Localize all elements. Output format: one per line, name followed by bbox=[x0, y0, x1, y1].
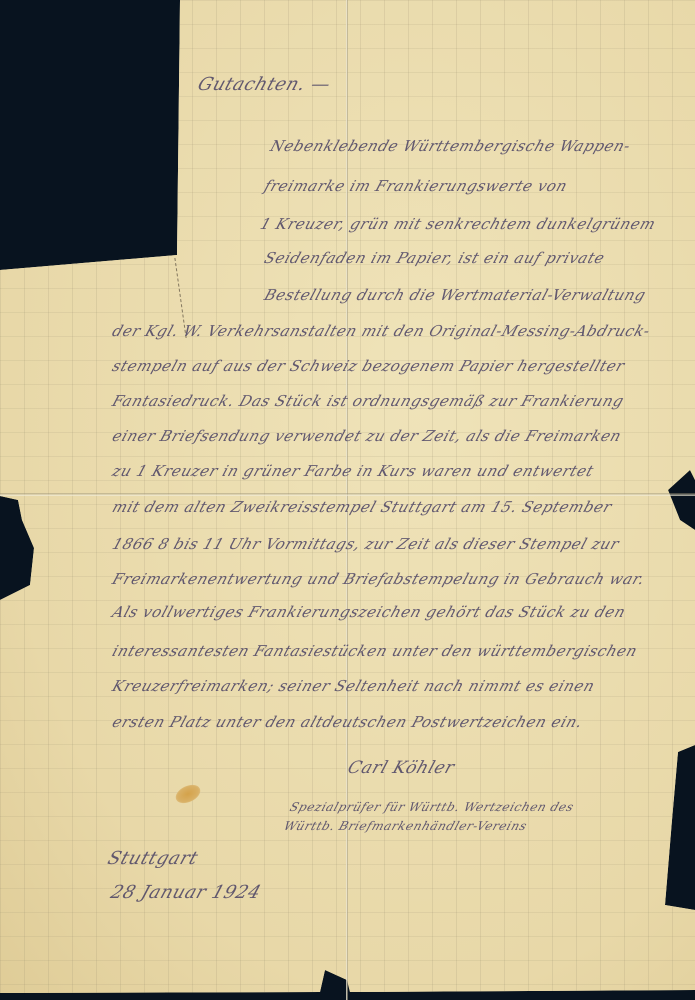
body-line: zu 1 Kreuzer in grüner Farbe in Kurs war… bbox=[110, 462, 596, 480]
document-place: Stuttgart bbox=[105, 848, 201, 869]
body-line: Seidenfaden im Papier, ist ein auf priva… bbox=[262, 249, 607, 267]
signature: Carl Köhler bbox=[345, 758, 457, 778]
body-line: interessantesten Fantasiestücken unter d… bbox=[110, 642, 640, 660]
body-line: stempeln auf aus der Schweiz bezogenem P… bbox=[110, 357, 627, 375]
body-line: 1 Kreuzer, grün mit senkrechtem dunkelgr… bbox=[258, 215, 658, 233]
document-heading: Gutachten. — bbox=[195, 74, 334, 95]
body-line: Als vollwertiges Frankierungszeichen geh… bbox=[110, 603, 628, 621]
document-date: 28 Januar 1924 bbox=[108, 882, 264, 903]
body-line: Fantasiedruck. Das Stück ist ordnungsgem… bbox=[110, 392, 626, 410]
body-line: Nebenklebende Württembergische Wappen- bbox=[268, 137, 633, 155]
body-line: einer Briefsendung verwendet zu der Zeit… bbox=[110, 427, 624, 445]
body-line: der Kgl. W. Verkehrsanstalten mit den Or… bbox=[110, 322, 653, 340]
horizontal-fold-line bbox=[0, 493, 695, 496]
body-line: mit dem alten Zweikreisstempel Stuttgart… bbox=[110, 498, 614, 516]
body-line: freimarke im Frankierungswerte von bbox=[262, 177, 570, 195]
body-line: Freimarkenentwertung und Briefabstempelu… bbox=[110, 570, 647, 588]
body-line: ersten Platz unter den altdeutschen Post… bbox=[110, 713, 585, 731]
signature-title-line-1: Spezialprüfer für Württb. Wertzeichen de… bbox=[288, 800, 576, 814]
body-line: Kreuzerfreimarken; seiner Seltenheit nac… bbox=[110, 677, 597, 695]
body-line: Bestellung durch die Wertmaterial-Verwal… bbox=[262, 286, 648, 304]
signature-title-line-2: Württb. Briefmarkenhändler-Vereins bbox=[282, 819, 529, 833]
body-line: 1866 8 bis 11 Uhr Vormittags, zur Zeit a… bbox=[110, 535, 622, 553]
